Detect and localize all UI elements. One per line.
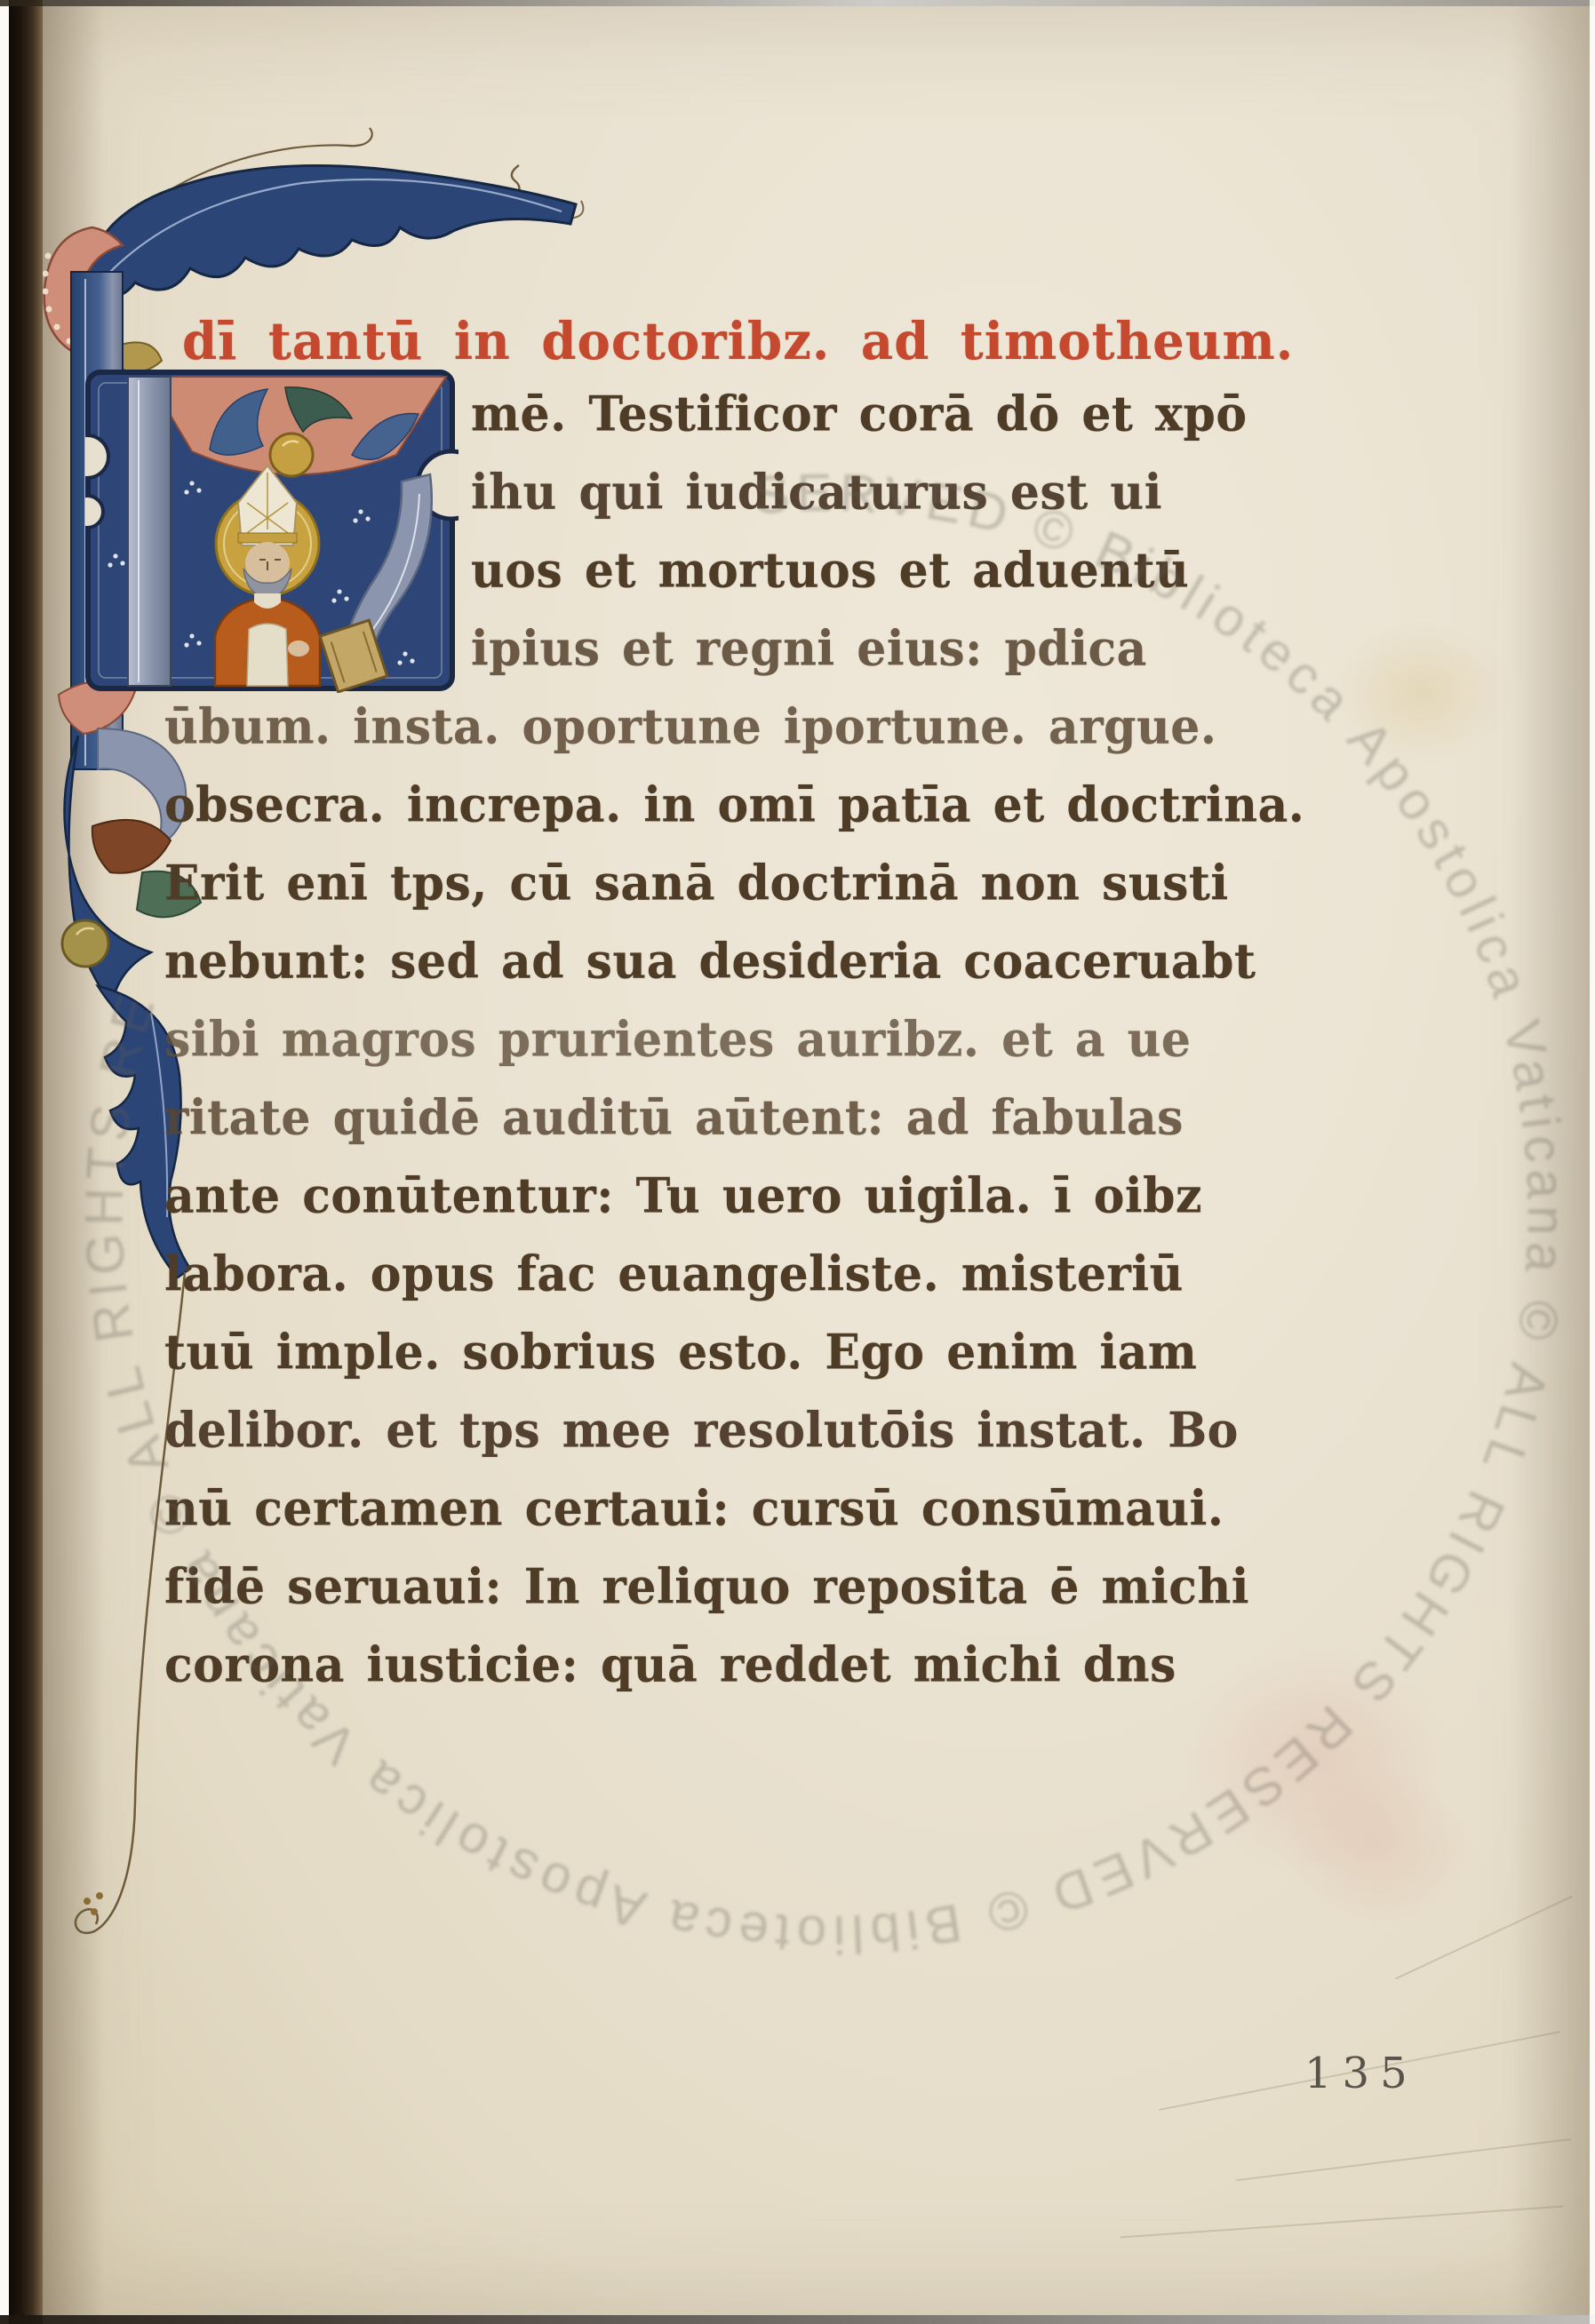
text-line: tuū imple. sobrius esto. Ego enim iam: [164, 1322, 1275, 1404]
text-line: Erit enī tps, cū sanā doctrinā non susti: [164, 853, 1275, 935]
text-line: uos et mortuos et aduentū: [164, 540, 1275, 622]
text-line: sibi magros prurientes auribz. et a ue: [164, 1009, 1275, 1091]
gold-leaf: [119, 342, 162, 371]
ink-bleedthrough-spot: [1333, 622, 1511, 764]
text-line: delibor. et tps mee resolutōis instat. B…: [164, 1400, 1275, 1482]
scan-background-strip: [0, 0, 9, 2324]
brown-leaf: [92, 820, 171, 873]
text-line: labora. opus fac euangeliste. misteriū: [164, 1244, 1275, 1325]
text-block: mē. Testificor corā dō et xpōihu qui iud…: [164, 384, 1275, 1713]
text-line: ipius et regni eius: pdica: [164, 618, 1275, 700]
gold-ball: [62, 920, 108, 967]
text-line: ante conūtentur: Tu uero uigila. ī oibz: [164, 1166, 1275, 1247]
text-line: ihu qui iudicaturus est ui: [164, 462, 1275, 544]
book-gutter: [9, 0, 43, 2324]
text-line: nū certamen certaui: cursū consūmaui.: [164, 1478, 1275, 1560]
folio-number: 135: [1304, 2049, 1418, 2098]
scan-top-edge: [0, 0, 1595, 6]
text-line: ritate quidē auditū aūtent: ad fabulas: [164, 1087, 1275, 1169]
text-line: mē. Testificor corā dō et xpō: [164, 384, 1275, 466]
scan-bottom-edge: [0, 2315, 1595, 2324]
text-line: nebunt: sed ad sua desideria coaceruabt: [164, 931, 1275, 1013]
text-line: ūbum. insta. oportune iportune. argue.: [164, 696, 1275, 778]
blue-acanthus-leaf: [85, 165, 576, 297]
text-line: obsecra. increpa. in omī patīa et doctri…: [164, 775, 1275, 856]
text-line: fidē seruaui: In reliquo reposita ē mich…: [164, 1556, 1275, 1638]
scan-right-edge: [1590, 0, 1595, 2324]
rubric-heading: dī tantū in doctoribz. ad timotheum.: [182, 312, 1294, 371]
red-bleedthrough-smudge: [1280, 1768, 1475, 1928]
text-line: corona iusticie: quā reddet michi dns: [164, 1635, 1275, 1716]
